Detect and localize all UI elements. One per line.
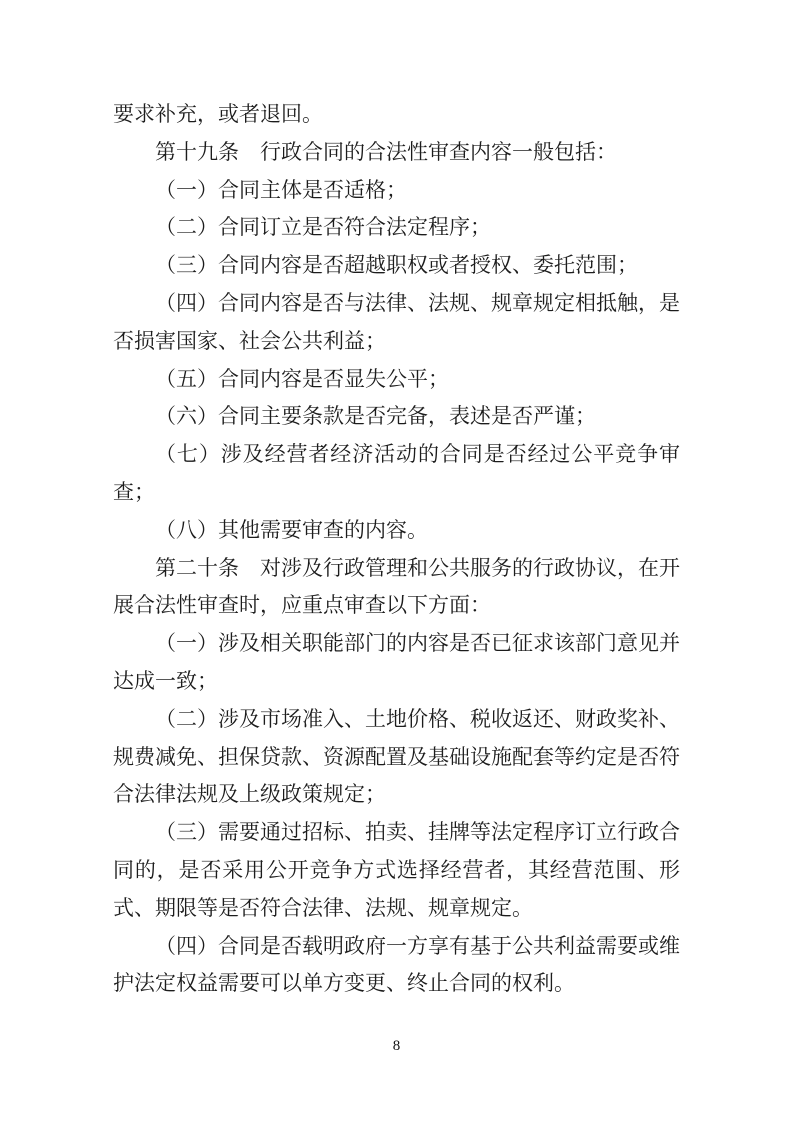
paragraph-item-20-3: （三）需要通过招标、拍卖、挂牌等法定程序订立行政合同的，是否采用公开竞争方式选择…	[113, 814, 680, 927]
paragraph-item-4: （四）合同内容是否与法律、法规、规章规定相抵触，是否损害国家、社会公共利益；	[113, 285, 680, 361]
document-page: 要求补充，或者退回。 第十九条 行政合同的合法性审查内容一般包括： （一）合同主…	[0, 0, 793, 1122]
paragraph-article-20: 第二十条 对涉及行政管理和公共服务的行政协议，在开展合法性审查时，应重点审查以下…	[113, 550, 680, 626]
paragraph-item-3: （三）合同内容是否超越职权或者授权、委托范围；	[113, 247, 680, 285]
paragraph-item-1: （一）合同主体是否适格；	[113, 172, 680, 210]
paragraph-continuation: 要求补充，或者退回。	[113, 96, 680, 134]
paragraph-item-2: （二）合同订立是否符合法定程序；	[113, 209, 680, 247]
paragraph-article-19: 第十九条 行政合同的合法性审查内容一般包括：	[113, 134, 680, 172]
page-number: 8	[0, 1036, 793, 1056]
paragraph-item-6: （六）合同主要条款是否完备，表述是否严谨；	[113, 398, 680, 436]
paragraph-item-20-4: （四）合同是否载明政府一方享有基于公共利益需要或维护法定权益需要可以单方变更、终…	[113, 928, 680, 1004]
paragraph-item-20-1: （一）涉及相关职能部门的内容是否已征求该部门意见并达成一致；	[113, 625, 680, 701]
document-body: 要求补充，或者退回。 第十九条 行政合同的合法性审查内容一般包括： （一）合同主…	[113, 96, 680, 1003]
paragraph-item-20-2: （二）涉及市场准入、土地价格、税收返还、财政奖补、规费减免、担保贷款、资源配置及…	[113, 701, 680, 814]
paragraph-item-8: （八）其他需要审查的内容。	[113, 512, 680, 550]
paragraph-item-7: （七）涉及经营者经济活动的合同是否经过公平竞争审查；	[113, 436, 680, 512]
paragraph-item-5: （五）合同内容是否显失公平；	[113, 361, 680, 399]
